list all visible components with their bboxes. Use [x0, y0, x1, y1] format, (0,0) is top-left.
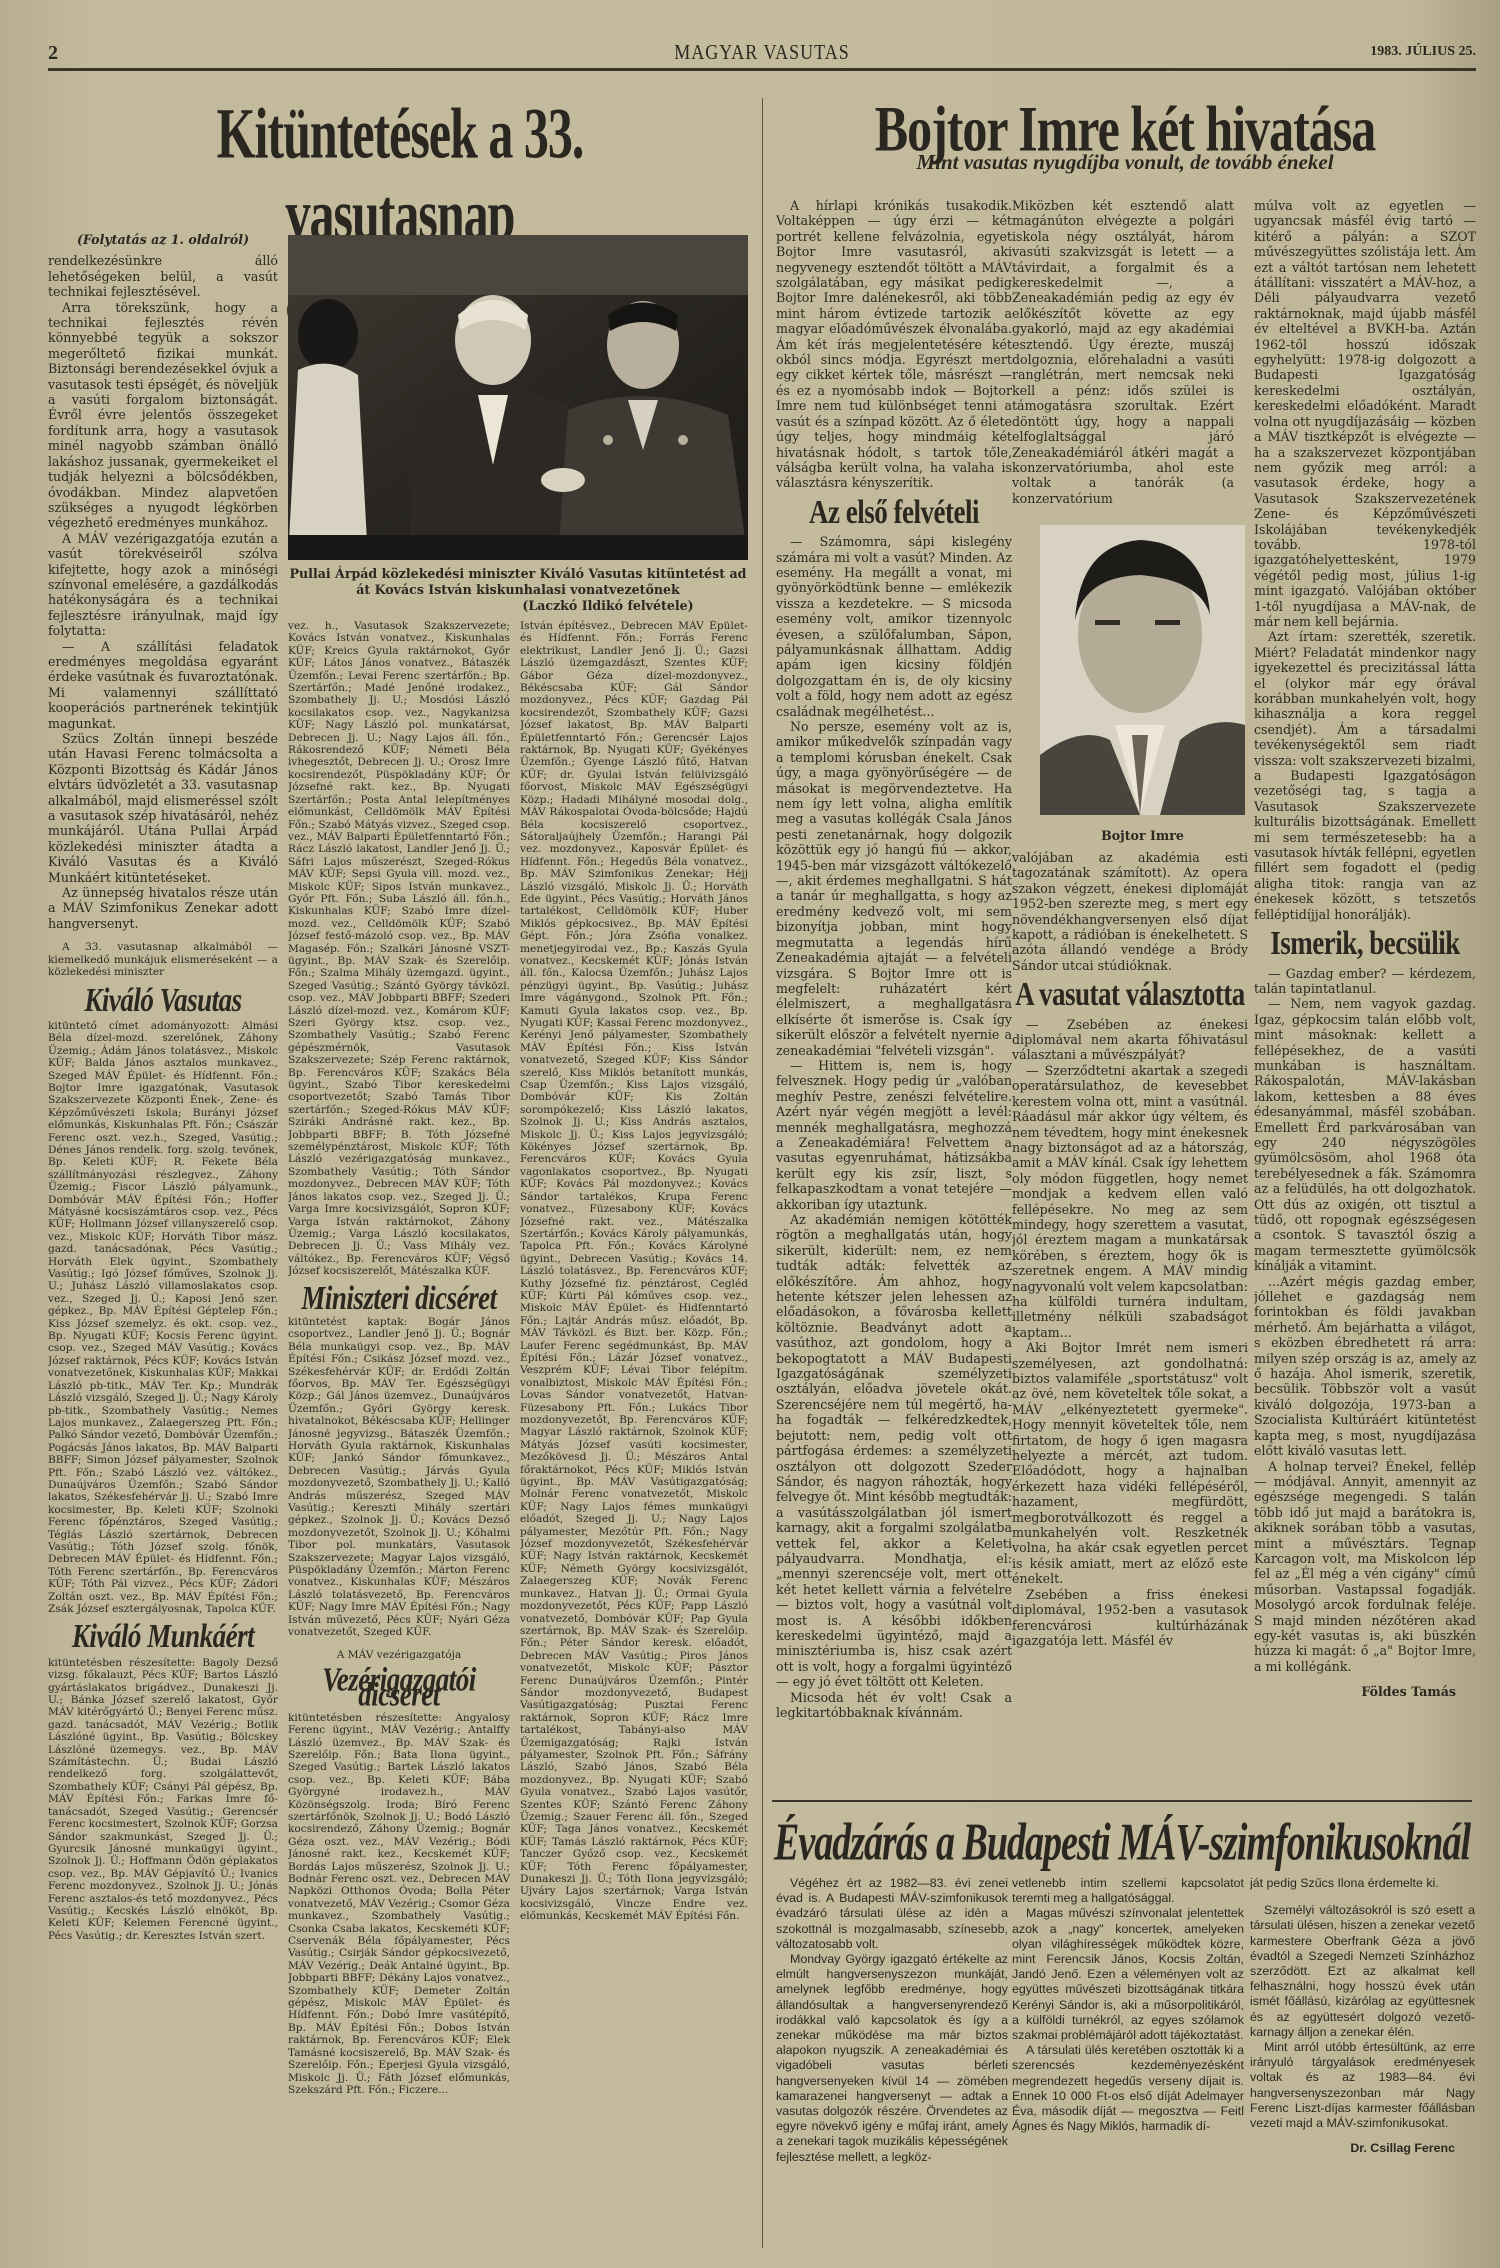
paragraph: Személyi változásokról is szó esett a tá… — [1250, 1903, 1475, 2040]
masthead: 2 MAGYAR VASUTAS 1983. JÚLIUS 25. — [48, 38, 1476, 66]
award-list: kitüntetésben részesítette: Bagoly Dezső… — [48, 1657, 278, 1942]
paragraph: Arra törekszünk, hogy a technikai fejles… — [48, 300, 278, 531]
article3-column-1: Végéhez ért az 1982—83. évi zenei évad i… — [776, 1876, 1008, 2236]
section-heading-valasztotta: A vasutat választotta — [1012, 985, 1248, 1004]
paragraph: Magas művészi színvonalat jelentettek az… — [1012, 1906, 1244, 2043]
paragraph: rendelkezésünkre álló lehetőségeken belü… — [48, 253, 278, 299]
paragraph: Mondvay György igazgató értékelte az elm… — [776, 1952, 1008, 2165]
vezer-intro: A MÁV vezérigazgatója — [288, 1649, 510, 1661]
award-list: kitüntetésben részesítette: Angyalosy Fe… — [288, 1712, 510, 2097]
paragraph: — Zsebében az énekesi diplomával nem aka… — [1012, 1017, 1248, 1063]
paragraph: Aki Bojtor Imrét nem ismeri személyesen,… — [1012, 1340, 1248, 1587]
paragraph: valójában az akadémia esti tagozatának s… — [1012, 850, 1248, 973]
article3-column-2: vetlenebb intim szellemi kapcsolatot ter… — [1012, 1876, 1244, 2236]
paragraph: No persze, esemény volt az is, amikor mű… — [776, 719, 1012, 1058]
article2-column-3: múlva volt az egyetlen — ugyancsak másfé… — [1254, 198, 1476, 1783]
issue-date: 1983. JÚLIUS 25. — [1370, 44, 1476, 60]
paragraph: vetlenebb intim szellemi kapcsolatot ter… — [1012, 1876, 1244, 1906]
award-intro: A 33. vasutasnap alkalmából — kiemelkedő… — [48, 941, 278, 978]
author-signature: Földes Tamás — [1254, 1684, 1476, 1699]
paragraph: — Számomra, sápi kislegény számára mi vo… — [776, 534, 1012, 719]
article3-headline: Évadzárás a Budapesti MÁV-szimfonikusokn… — [772, 1812, 1472, 1874]
column-divider — [762, 98, 763, 2248]
award-list: kitüntető címet adományozott: Almási Bél… — [48, 1020, 278, 1616]
award-list: kitüntetést kaptak: Bogár János csoportv… — [288, 1316, 510, 1639]
portrait-photo — [1040, 525, 1245, 815]
newspaper-page: 2 MAGYAR VASUTAS 1983. JÚLIUS 25. Kitünt… — [0, 0, 1500, 2268]
article1-column-2: vez. h., Vasutasok Szakszervezete; Kovác… — [288, 620, 510, 2260]
continuation-note: (Folytatás az 1. oldalról) — [48, 232, 278, 247]
article1-column-1: (Folytatás az 1. oldalról) rendelkezésün… — [48, 232, 278, 2060]
author-signature: Dr. Csillag Ferenc — [1250, 2141, 1475, 2156]
section-heading-kivalo-vasutas: Kiváló Vasutas — [48, 991, 278, 1010]
photo-illustration — [288, 235, 748, 560]
award-list: vez. h., Vasutasok Szakszervezete; Kovác… — [288, 620, 510, 1278]
article2-subheadline: Mint vasutas nyugdíjba vonult, de tovább… — [780, 150, 1470, 175]
paragraph: — Nem, nem vagyok gazdag. Igaz, gépkocsi… — [1254, 996, 1476, 1273]
paragraph: — A szállítási feladatok eredményes mego… — [48, 639, 278, 731]
portrait-caption: Bojtor Imre — [1040, 828, 1245, 844]
paragraph: ját pedig Szűcs Ilona érdemelte ki. — [1250, 1876, 1475, 1891]
paragraph: Micsoda hét év volt! Csak a legkitartóbb… — [776, 1690, 1012, 1721]
article1-column-3: István építésvez., Debrecen MÁV Épület- … — [520, 620, 748, 2260]
article2-column-2-continued: valójában az akadémia esti tagozatának s… — [1012, 850, 1248, 1770]
masthead-rule — [48, 68, 1476, 71]
paragraph: A hírlapi krónikás tusakodik. Voltaképpe… — [776, 198, 1012, 491]
article3-column-3: ját pedig Szűcs Ilona érdemelte ki. Szem… — [1250, 1876, 1475, 2246]
headline-line1: Kitüntetések a 33. vasutasnap — [217, 92, 584, 254]
paragraph: A MÁV vezérigazgatója ezután a vasút tör… — [48, 531, 278, 639]
photo-caption: Pullai Árpád közlekedési miniszter Kivál… — [288, 566, 748, 614]
section-heading-first: Az első felvételi — [776, 503, 1012, 522]
paragraph: Zsebében a friss énekesi diplomával, 195… — [1012, 1587, 1248, 1649]
section-heading-ismerik: Ismerik, becsülik — [1254, 934, 1476, 953]
paragraph: Végéhez ért az 1982—83. évi zenei évad i… — [776, 1876, 1008, 1952]
award-ceremony-photo — [288, 235, 748, 560]
paragraph: Mint arról utóbb értesültünk, az erre ir… — [1250, 2040, 1475, 2131]
newspaper-title: MAGYAR VASUTAS — [48, 40, 1476, 64]
section-heading-kivalo-munkaert: Kiváló Munkáért — [48, 1627, 278, 1646]
award-list: István építésvez., Debrecen MÁV Épület- … — [520, 620, 748, 1923]
article-separator — [772, 1800, 1472, 1802]
paragraph: A társulati ülés keretében osztották ki … — [1012, 2043, 1244, 2134]
paragraph: Az akadémián nemigen kötötték rögtön a m… — [776, 1212, 1012, 1690]
article2-column-2: Miközben két esztendő alatt magánúton el… — [1012, 198, 1234, 513]
paragraph: — Gazdag ember? — kérdezem, talán tapint… — [1254, 966, 1476, 997]
photo-credit: (Laczkó Ildikó felvétele) — [342, 598, 693, 613]
paragraph: Szücs Zoltán ünnepi beszéde után Havasi … — [48, 731, 278, 885]
paragraph: Miközben két esztendő alatt magánúton el… — [1012, 198, 1234, 506]
portrait-illustration — [1040, 525, 1245, 815]
paragraph: Az ünnepség hivatalos része után a MÁV S… — [48, 885, 278, 931]
section-heading-miniszteri: Miniszteri dicséret — [288, 1290, 510, 1306]
caption-text: Pullai Árpád közlekedési miniszter Kivál… — [290, 566, 747, 597]
paragraph: ...Azért mégis gazdag ember, jóllehet e … — [1254, 1274, 1476, 1459]
paragraph: múlva volt az egyetlen — ugyancsak másfé… — [1254, 198, 1476, 629]
paragraph: — Hittem is, nem is, hogy felvesznek. Ho… — [776, 1058, 1012, 1212]
article2-column-1: A hírlapi krónikás tusakodik. Voltaképpe… — [776, 198, 1012, 1768]
paragraph: — Szerződtetni akartak a szegedi operatá… — [1012, 1063, 1248, 1340]
paragraph: A holnap tervei? Énekel, fellép — módjáv… — [1254, 1459, 1476, 1675]
section-heading-vezerigazgatoi: Vezérigazgatói dicséret — [288, 1672, 510, 1703]
paragraph: Azt írtam: szerették, szeretik. Miért? F… — [1254, 629, 1476, 922]
